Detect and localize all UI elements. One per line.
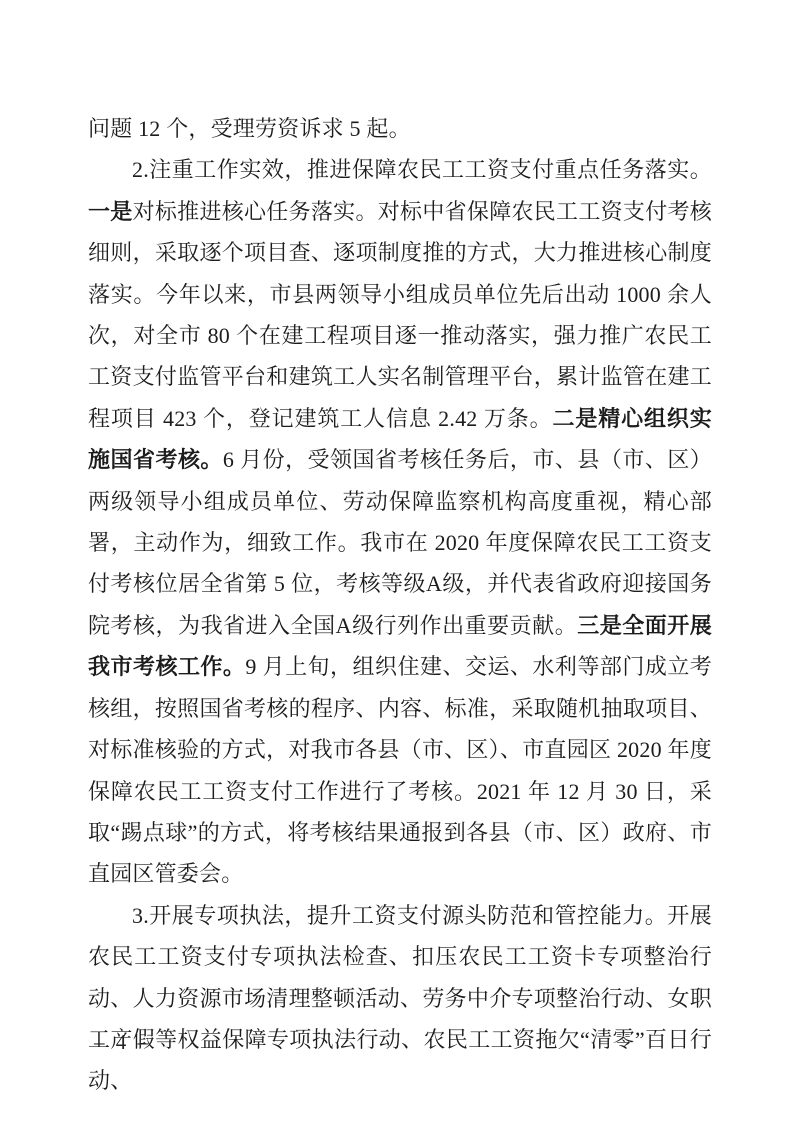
body-text: 对标推进核心任务落实。对标中省保障农民工工资支付考核细则，采取逐个项目查、逐项制… — [88, 199, 712, 431]
paragraph-section-2: 2.注重工作实效，推进保障农民工工资支付重点任务落实。一是对标推进核心任务落实。… — [88, 149, 712, 894]
emphasis-text: 一是 — [88, 199, 133, 224]
paragraph-section-3: 3.开展专项执法，提升工资支付源头防范和管控能力。开展农民工工资支付专项执法检查… — [88, 895, 712, 1102]
body-text: 9 月上旬，组织住建、交运、水利等部门成立考核组，按照国省考核的程序、内容、标准… — [88, 654, 712, 886]
body-text: 2.注重工作实效，推进保障农民工工资支付重点任务落实。 — [132, 157, 712, 182]
body-text: 问题 12 个，受理劳资诉求 5 起。 — [88, 116, 411, 141]
body-text: 3.开展专项执法，提升工资支付源头防范和管控能力。开展农民工工资支付专项执法检查… — [88, 903, 712, 1094]
page-number: – 4 – — [94, 1030, 151, 1054]
paragraph-continuation: 问题 12 个，受理劳资诉求 5 起。 — [88, 108, 712, 149]
body-text: 6 月份，受领国省考核任务后，市、县（市、区）两级领导小组成员单位、劳动保障监察… — [88, 447, 712, 638]
document-body: 问题 12 个，受理劳资诉求 5 起。 2.注重工作实效，推进保障农民工工资支付… — [88, 108, 712, 1102]
document-page: 问题 12 个，受理劳资诉求 5 起。 2.注重工作实效，推进保障农民工工资支付… — [0, 0, 793, 1122]
